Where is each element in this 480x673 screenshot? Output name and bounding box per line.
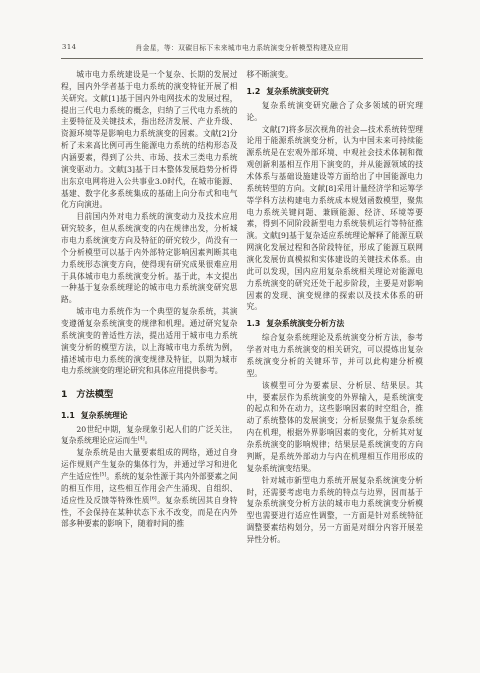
subsection-title: 复杂系统演变分析方法 bbox=[266, 319, 344, 328]
section-number: 1 bbox=[61, 389, 67, 400]
page-header: 314 肖金星，等：双碳目标下未来城市电力系统演变分析模型构建及应用 bbox=[61, 42, 423, 55]
paragraph: 复杂系统是由大量要素组成的网络，通过自身运作规则产生复杂的集体行为，并通过学习和… bbox=[61, 447, 238, 530]
running-title: 肖金星，等：双碳目标下未来城市电力系统演变分析模型构建及应用 bbox=[61, 42, 423, 52]
subsection-heading-1-2: 1.2复杂系统演变研究 bbox=[247, 86, 424, 98]
paper-page: 314 肖金星，等：双碳目标下未来城市电力系统演变分析模型构建及应用 城市电力系… bbox=[0, 0, 480, 673]
header-rule bbox=[61, 58, 423, 59]
paragraph-continuation: 移不断演变。 bbox=[247, 69, 424, 81]
paragraph: 文献[7]将多层次视角的社会—技术系统转型理论用于能源系统演变分析，认为中国未来… bbox=[247, 124, 424, 314]
two-column-body: 城市电力系统建设是一个复杂、长期的发展过程，国内外学者基于电力系统的演变特征开展… bbox=[61, 69, 423, 546]
section-heading-1: 1方法模型 bbox=[61, 388, 238, 402]
paragraph: 该模型可分为要素层、分析层、结果层。其中，要素层作为系统演变的外界输入，是系统演… bbox=[247, 380, 424, 475]
paragraph: 城市电力系统作为一个典型的复杂系统，其演变遵循复杂系统演变的规律和机理。通过研究… bbox=[61, 306, 238, 377]
section-title: 方法模型 bbox=[76, 389, 113, 400]
left-column: 城市电力系统建设是一个复杂、长期的发展过程，国内外学者基于电力系统的演变特征开展… bbox=[61, 69, 238, 546]
paragraph: 针对城市新型电力系统开展复杂系统演变分析时，还需要考虑电力系统的特点与边界，因而… bbox=[247, 475, 424, 546]
paragraph: 城市电力系统建设是一个复杂、长期的发展过程，国内外学者基于电力系统的演变特征开展… bbox=[61, 69, 238, 211]
subsection-number: 1.2 bbox=[247, 87, 261, 96]
subsection-title: 复杂系统理论 bbox=[81, 411, 128, 420]
subsection-title: 复杂系统演变研究 bbox=[266, 87, 328, 96]
page-number: 314 bbox=[62, 43, 76, 51]
paragraph: 复杂系统演变研究融合了众多领域的研究理论。 bbox=[247, 100, 424, 124]
right-column: 移不断演变。 1.2复杂系统演变研究 复杂系统演变研究融合了众多领域的研究理论。… bbox=[247, 69, 424, 546]
paragraph: 综合复杂系统理论及系统演变分析方法，参考学者对电力系统演变的相关研究，可以提炼出… bbox=[247, 332, 424, 379]
paragraph: 目前国内外对电力系统的演变动力及技术应用研究较多，但从系统演变的内在规律出发，分… bbox=[61, 211, 238, 306]
subsection-number: 1.1 bbox=[61, 411, 75, 420]
subsection-number: 1.3 bbox=[247, 319, 261, 328]
subsection-heading-1-1: 1.1复杂系统理论 bbox=[61, 410, 238, 422]
subsection-heading-1-3: 1.3复杂系统演变分析方法 bbox=[247, 318, 424, 330]
paragraph: 20世纪中期，复杂现象引起人们的广泛关注，复杂系统理论应运而生[4]。 bbox=[61, 424, 238, 448]
